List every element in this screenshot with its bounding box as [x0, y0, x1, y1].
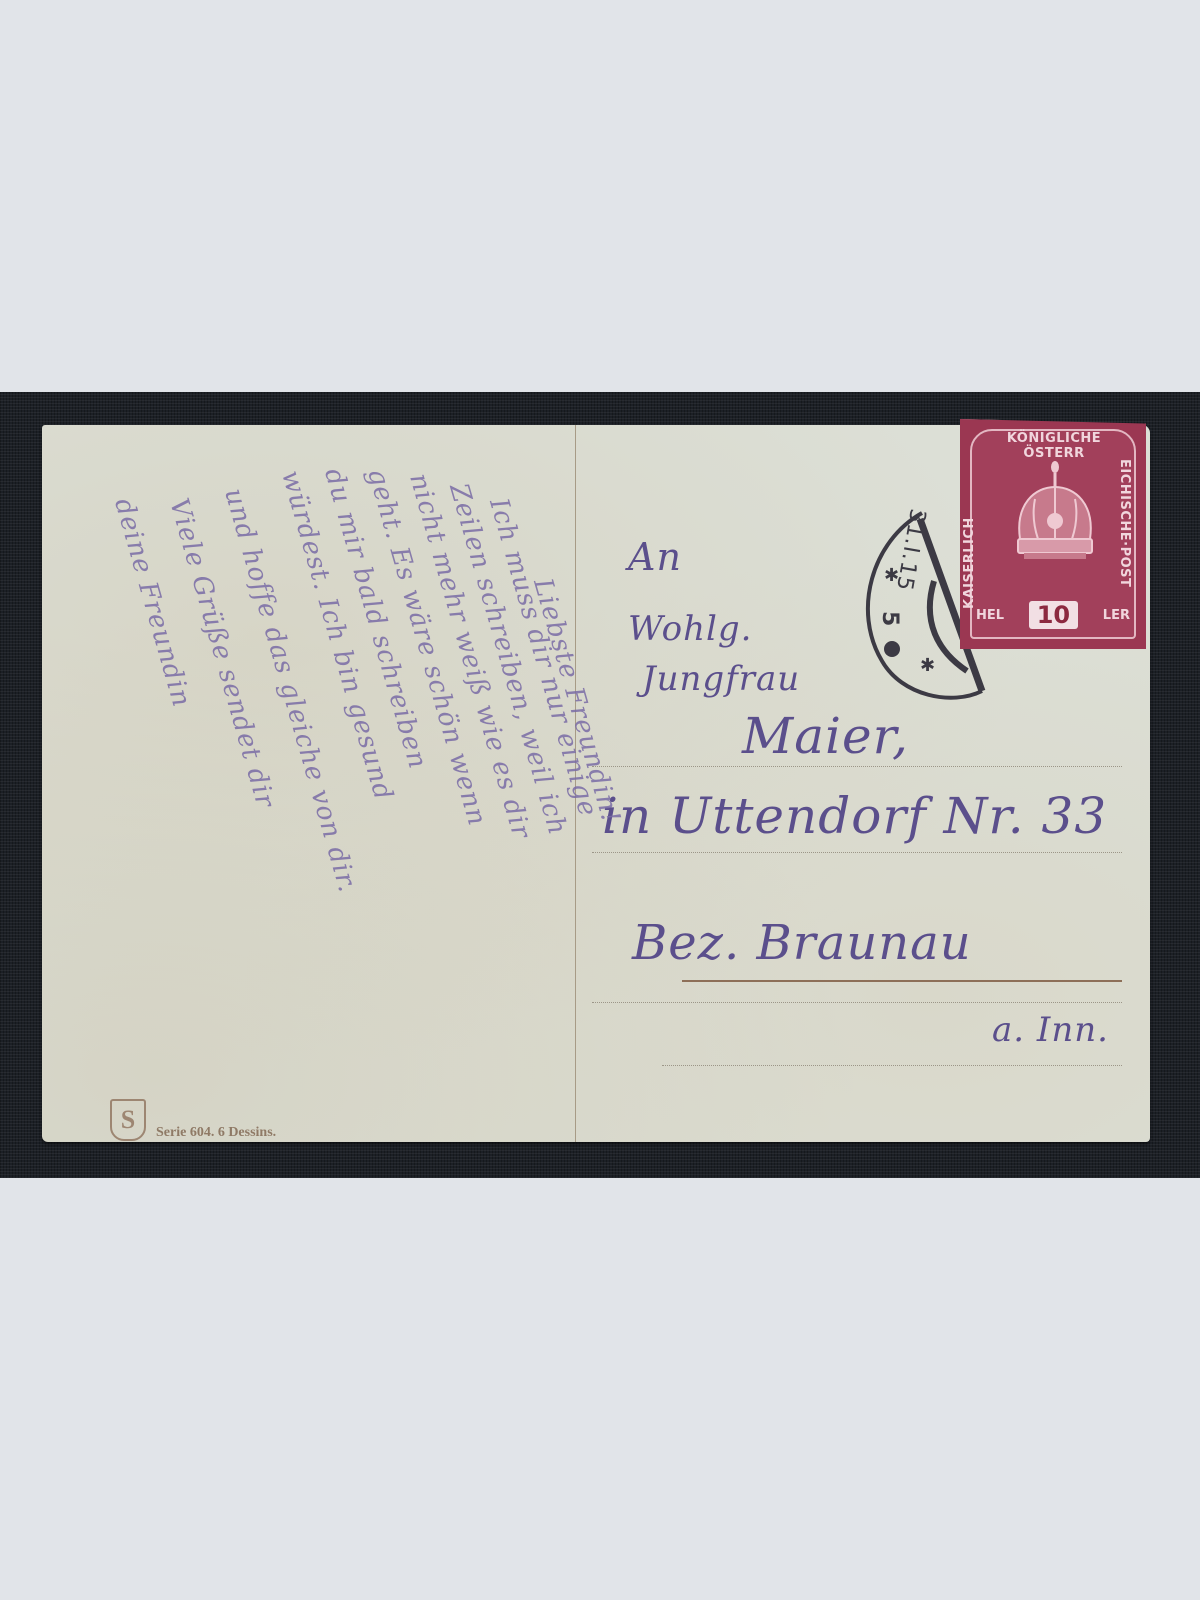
address-district: Bez. Braunau [632, 915, 972, 971]
stamp-unit-right: LER [1103, 608, 1130, 623]
stamp-value: 10 [1029, 601, 1078, 629]
publisher-logo-icon: S [110, 1099, 146, 1141]
stamp-left-text: KAISERLICH [962, 459, 977, 609]
address-line-1 [592, 766, 1122, 767]
address-region: a. Inn. [992, 1010, 1109, 1050]
address-name: Maier, [742, 707, 909, 765]
address-underline [682, 980, 1122, 982]
address-honorific: Wohlg. [628, 609, 752, 649]
stamp-right-text: EICHISCHE·POST [1117, 459, 1132, 609]
publisher-imprint: S Serie 604. 6 Dessins. [110, 1099, 276, 1141]
svg-text:✱: ✱ [920, 655, 935, 676]
postcard: An Wohlg. Jungfrau Maier, in Uttendorf N… [42, 425, 1150, 1142]
stamp-unit-left: HEL [976, 608, 1004, 623]
address-line-4 [662, 1065, 1122, 1066]
address-line-2 [592, 852, 1122, 853]
svg-text:5: 5 [877, 611, 902, 626]
postage-stamp: KÖNIGLICHE ÖSTERR KAISERLICH EICHISCHE·P… [960, 419, 1146, 649]
address-town: in Uttendorf Nr. 33 [602, 787, 1107, 845]
stamp-top-text: KÖNIGLICHE ÖSTERR [984, 431, 1124, 461]
address-title: Jungfrau [642, 659, 800, 699]
address-salutation: An [628, 535, 682, 579]
series-label: Serie 604. 6 Dessins. [156, 1125, 276, 1141]
crown-icon [1010, 459, 1100, 569]
address-line-3 [592, 1002, 1122, 1003]
